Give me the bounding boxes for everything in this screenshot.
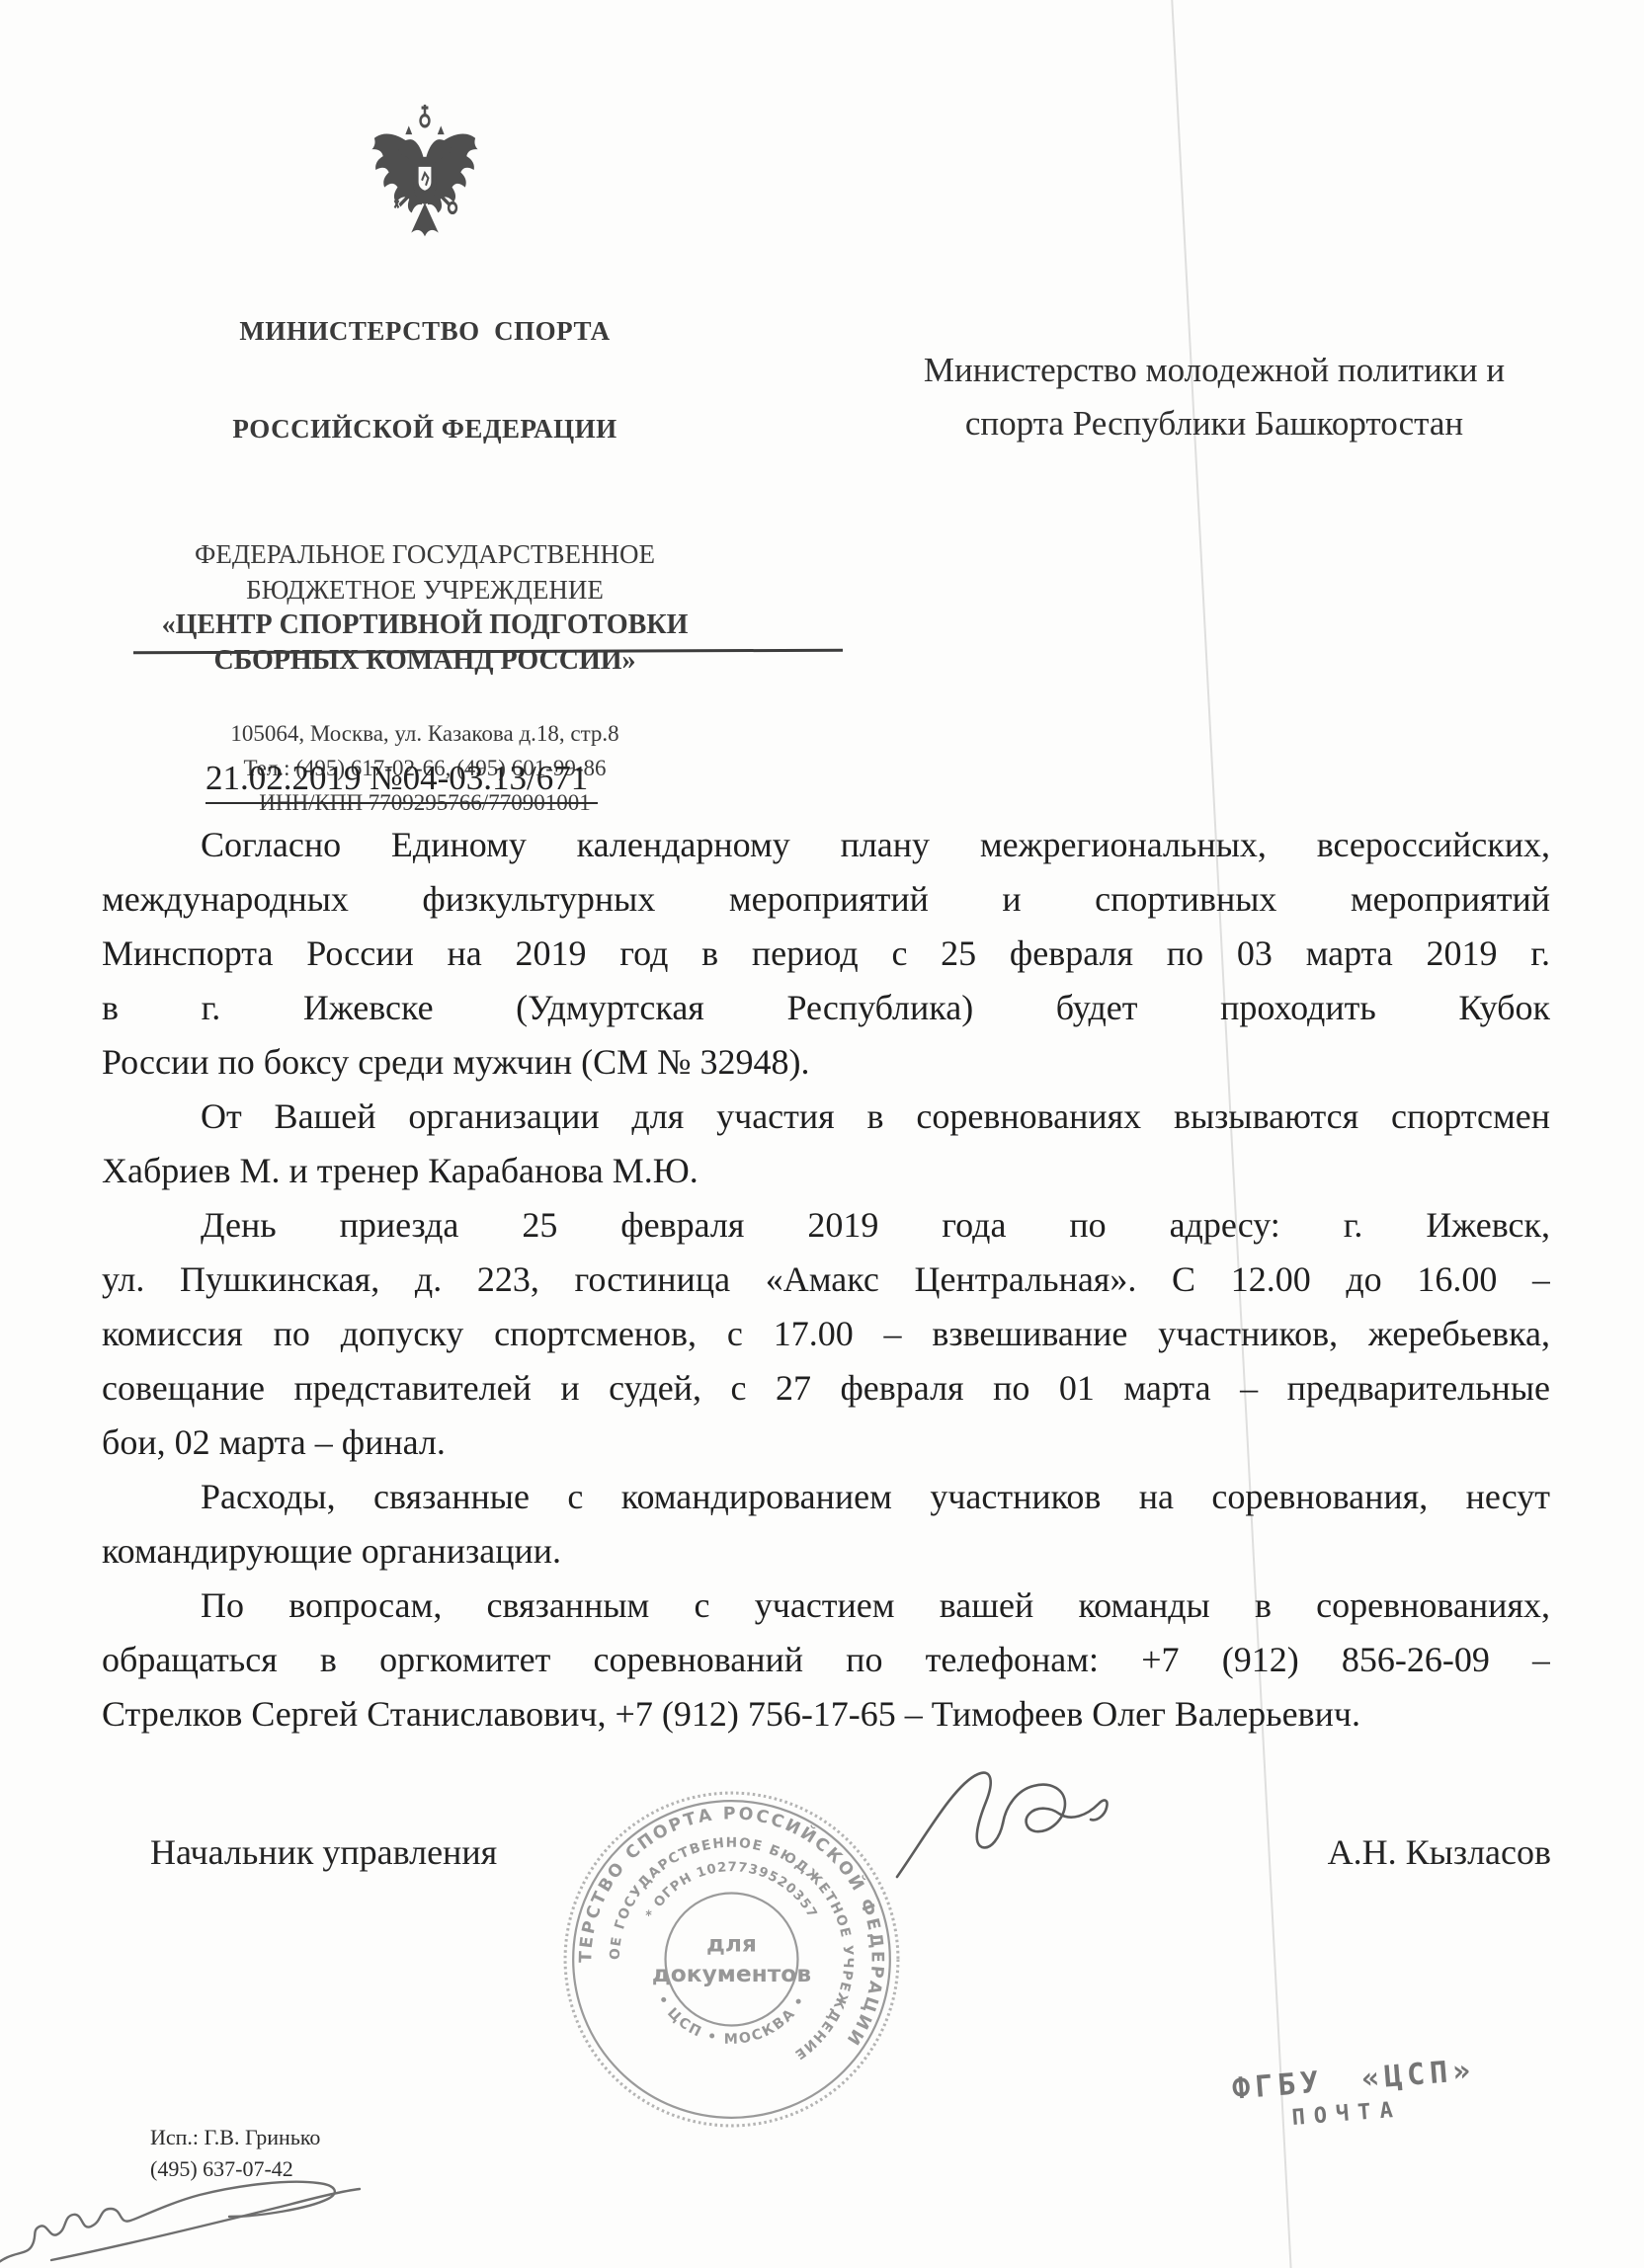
ministry-line1: МИНИСТЕРСТВО СПОРТА xyxy=(138,315,711,348)
body-line: По вопросам, связанным с участием вашей … xyxy=(102,1579,1550,1633)
body-line: в г. Ижевске (Удмуртская Республика) буд… xyxy=(102,981,1550,1035)
double-headed-eagle-emblem-icon xyxy=(367,94,483,242)
signer-name: А.Н. Кызласов xyxy=(1186,1831,1551,1873)
body-line: Стрелков Сергей Станиславович, +7 (912) … xyxy=(102,1687,1550,1741)
body-line: От Вашей организации для участия в сорев… xyxy=(102,1090,1550,1144)
body-line: День приезда 25 февраля 2019 года по адр… xyxy=(102,1198,1550,1253)
body-line: ул. Пушкинская, д. 223, гостиница «Амакс… xyxy=(102,1253,1550,1307)
body-line: совещание представителей и судей, с 27 ф… xyxy=(102,1361,1550,1416)
ministry-name: МИНИСТЕРСТВО СПОРТА РОССИЙСКОЙ ФЕДЕРАЦИИ xyxy=(138,250,711,511)
body-line: бои, 02 марта – финал. xyxy=(102,1416,1550,1470)
recipient-block: Министерство молодежной политики и спорт… xyxy=(867,344,1561,450)
executor-name: Исп.: Г.В. Гринько xyxy=(150,2122,320,2153)
organization-name: ФЕДЕРАЛЬНОЕ ГОСУДАРСТВЕННОЕ БЮДЖЕТНОЕ УЧ… xyxy=(138,536,711,679)
round-stamp-for-documents: МИНИСТЕРСТВО СПОРТА РОССИЙСКОЙ ФЕДЕРАЦИИ… xyxy=(561,1789,902,2130)
postal-address: 105064, Москва, ул. Казакова д.18, стр.8 xyxy=(138,716,711,751)
body-line: Согласно Единому календарному плану межр… xyxy=(102,818,1550,872)
org-line3: «ЦЕНТР СПОРТИВНОЙ ПОДГОТОВКИ xyxy=(138,607,711,643)
stamp-center-line1: для xyxy=(706,1929,757,1957)
body-line: Минспорта России на 2019 год в период с … xyxy=(102,927,1550,981)
org-line2: БЮДЖЕТНОЕ УЧРЕЖДЕНИЕ xyxy=(138,572,711,607)
letterhead: МИНИСТЕРСТВО СПОРТА РОССИЙСКОЙ ФЕДЕРАЦИИ… xyxy=(138,94,711,820)
body-line: командирующие организации. xyxy=(102,1524,1550,1579)
reference-number-text: 21.02.2019 №04-03.13/671 xyxy=(205,759,598,804)
body-line: Расходы, связанные с командированием уча… xyxy=(102,1470,1550,1524)
org-line4: СБОРНЫХ КОМАНД РОССИИ» xyxy=(138,643,711,679)
org-line1: ФЕДЕРАЛЬНОЕ ГОСУДАРСТВЕННОЕ xyxy=(138,536,711,572)
stamp-city-text: • ЦСП • МОСКВА • xyxy=(653,1992,809,2048)
scanned-letter-page: МИНИСТЕРСТВО СПОРТА РОССИЙСКОЙ ФЕДЕРАЦИИ… xyxy=(0,0,1644,2268)
body-line: международных физкультурных мероприятий … xyxy=(102,872,1550,927)
recipient-line1: Министерство молодежной политики и xyxy=(867,344,1561,397)
recipient-line2: спорта Республики Башкортостан xyxy=(867,397,1561,450)
handwritten-signature xyxy=(889,1760,1116,1899)
body-line: комиссия по допуску спортсменов, с 17.00… xyxy=(102,1307,1550,1361)
stamp-center-line2: документов xyxy=(652,1960,811,1987)
body-line: России по боксу среди мужчин (СМ № 32948… xyxy=(102,1035,1550,1090)
body-line: обращаться в оргкомитет соревнований по … xyxy=(102,1633,1550,1687)
mail-stamp: ФГБУ «ЦСП» ПОЧТА xyxy=(1231,2053,1479,2135)
reference-number: 21.02.2019 №04-03.13/671 xyxy=(205,759,598,804)
handwritten-corner-scribble xyxy=(0,2165,368,2268)
signer-position: Начальник управления xyxy=(150,1831,497,1873)
ministry-line2: РОССИЙСКОЙ ФЕДЕРАЦИИ xyxy=(138,413,711,445)
letter-body: Согласно Единому календарному плану межр… xyxy=(102,818,1550,1741)
body-line: Хабриев М. и тренер Карабанова М.Ю. xyxy=(102,1144,1550,1198)
svg-text:• ЦСП • МОСКВА •: • ЦСП • МОСКВА • xyxy=(653,1992,809,2048)
